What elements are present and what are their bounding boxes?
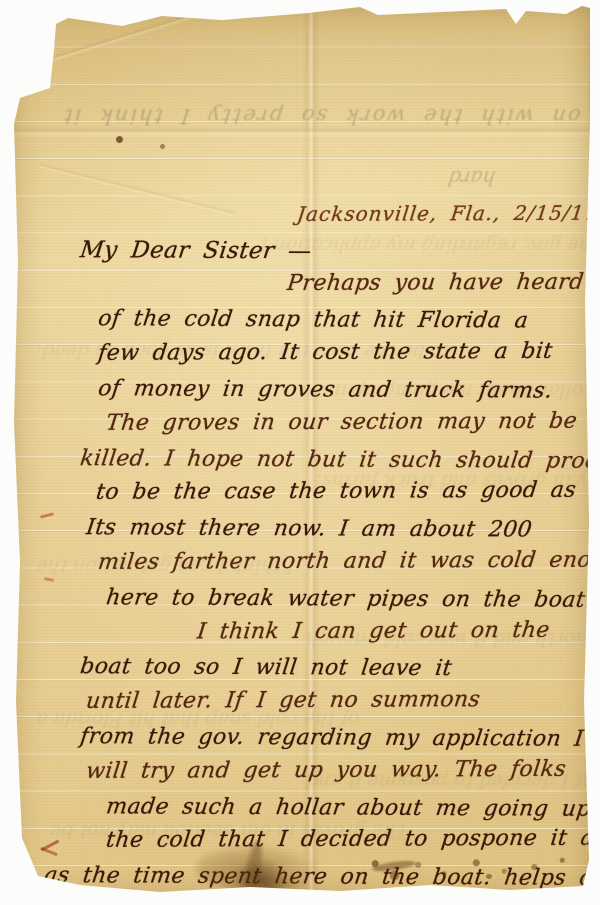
edge-vignette (10, 2, 592, 901)
scanned-letter-page: in getting on with the work so pretty I … (10, 2, 592, 901)
